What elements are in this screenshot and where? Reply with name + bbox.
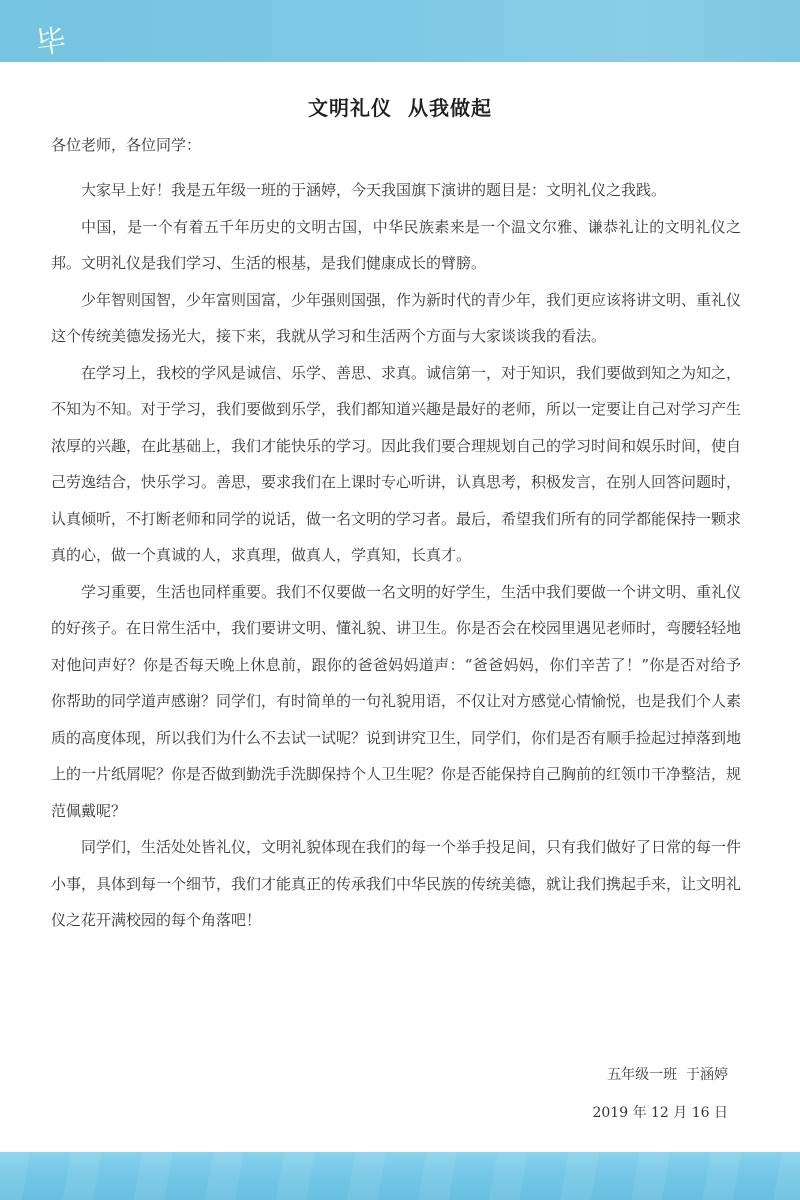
bottom-decorative-band [0,1152,800,1200]
paragraph: 在学习上，我校的学风是诚信、乐学、善思、求真。诚信第一，对于知识，我们要做到知之… [51,355,741,574]
document-title: 文明礼仪 从我做起 [0,92,800,121]
top-decorative-band: 毕 [0,0,800,62]
speech-document: 文明礼仪 从我做起 各位老师，各位同学： 大家早上好！我是五年级一班的于涵婷，今… [0,62,800,1152]
paragraph: 少年智则国智，少年富则国富，少年强则国强，作为新时代的青少年，我们更应该将讲文明… [51,282,741,355]
signature-author: 五年级一班 于涵婷 [592,1056,728,1094]
signature-date: 2019 年 12 月 16 日 [592,1094,728,1132]
document-body: 大家早上好！我是五年级一班的于涵婷，今天我国旗下演讲的题目是：文明礼仪之我践。 … [51,172,741,939]
paragraph: 学习重要，生活也同样重要。我们不仅要做一名文明的好学生，生活中我们要做一个讲文明… [51,574,741,830]
handwritten-glyph: 毕 [34,26,68,60]
paragraph: 中国，是一个有着五千年历史的文明古国，中华民族素来是一个温文尔雅、谦恭礼让的文明… [51,209,741,282]
salutation: 各位老师，各位同学： [51,134,201,155]
signature-block: 五年级一班 于涵婷 2019 年 12 月 16 日 [592,1056,728,1132]
paragraph: 同学们，生活处处皆礼仪，文明礼貌体现在我们的每一个举手投足间，只有我们做好了日常… [51,829,741,939]
paragraph: 大家早上好！我是五年级一班的于涵婷，今天我国旗下演讲的题目是：文明礼仪之我践。 [51,172,741,209]
